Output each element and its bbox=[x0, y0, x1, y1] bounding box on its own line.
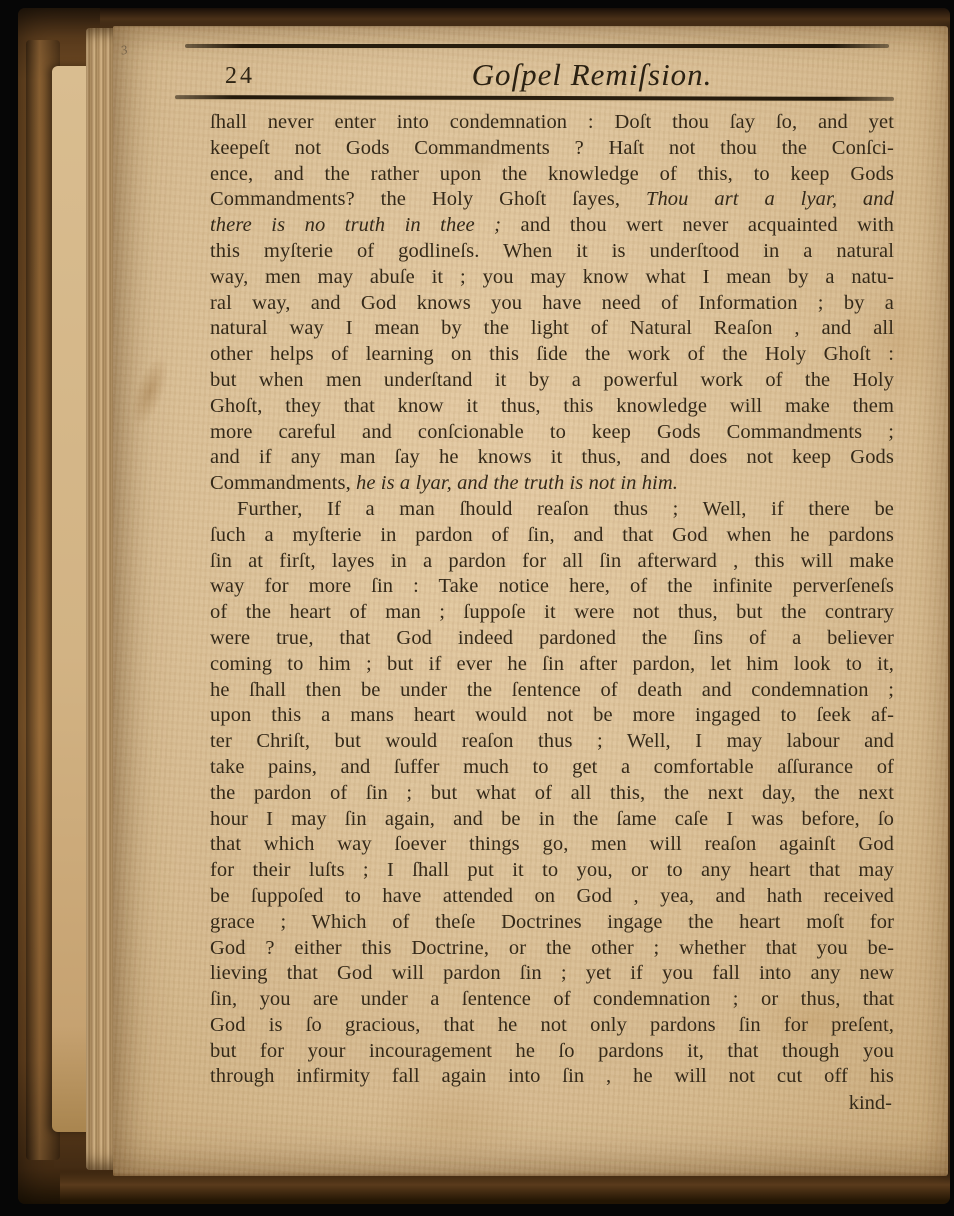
handwritten-mark: 3 bbox=[119, 41, 131, 58]
text-line: ſuch a myſterie in pardon of ſin, and th… bbox=[210, 523, 894, 549]
text-line: lieving that God will pardon ſin ; yet i… bbox=[210, 961, 894, 987]
text-line: but for your incouragement he ſo pardons… bbox=[210, 1039, 894, 1065]
text-line: hour I may ſin again, and be in the ſame… bbox=[210, 807, 894, 833]
text-line: be ſuppoſed to have attended on God , ye… bbox=[210, 884, 894, 910]
text-line: that which way ſoever things go, men wil… bbox=[210, 832, 894, 858]
text-line: Commandments? the Holy Ghoſt ſayes, Thou… bbox=[210, 187, 894, 213]
text-line: ter Chriſt, but would reaſon thus ; Well… bbox=[210, 729, 894, 755]
catchword: kind- bbox=[210, 1091, 894, 1117]
text-line: God is ſo gracious, that he not only par… bbox=[210, 1013, 894, 1039]
text-line: ſhall never enter into condemnation : Do… bbox=[210, 110, 894, 136]
scanned-book-photo: 3 24 Goſpel Remiſsion. ſhall never enter… bbox=[0, 0, 954, 1216]
cover-top-edge bbox=[100, 8, 950, 28]
running-title: Goſpel Remiſsion. bbox=[472, 57, 713, 93]
page-body-text: ſhall never enter into condemnation : Do… bbox=[210, 110, 894, 1090]
paper-stain bbox=[122, 348, 178, 433]
text-line: ſin at firſt, layes in a pardon for all … bbox=[210, 549, 894, 575]
text-line: natural way I mean by the light of Natur… bbox=[210, 316, 894, 342]
text-line: way for more ſin : Take notice here, of … bbox=[210, 574, 894, 600]
text-line: keepeſt not Gods Commandments ? Haſt not… bbox=[210, 136, 894, 162]
text-line: ence, and the rather upon the knowledge … bbox=[210, 162, 894, 188]
text-line: Commandments, he is a lyar, and the trut… bbox=[210, 471, 894, 497]
page-number: 24 bbox=[225, 63, 255, 90]
page-header: 24 Goſpel Remiſsion. bbox=[210, 48, 894, 95]
text-line: of the heart of man ; ſuppoſe it were no… bbox=[210, 600, 894, 626]
text-line: and if any man ſay he knows it thus, and… bbox=[210, 445, 894, 471]
text-line: Ghoſt, they that know it thus, this know… bbox=[210, 394, 894, 420]
text-line: but when men underſtand it by a powerful… bbox=[210, 368, 894, 394]
text-line: upon this a mans heart would not be more… bbox=[210, 703, 894, 729]
text-line: grace ; Which of theſe Doctrines ingage … bbox=[210, 910, 894, 936]
text-line: way, men may abuſe it ; you may know wha… bbox=[210, 265, 894, 291]
page-edges bbox=[86, 28, 116, 1170]
text-line: for their luſts ; I ſhall put it to you,… bbox=[210, 858, 894, 884]
text-line: through infirmity fall again into ſin , … bbox=[210, 1064, 894, 1090]
cover-bottom-edge bbox=[60, 1172, 950, 1204]
text-line: more careful and conſcionable to keep Go… bbox=[210, 420, 894, 446]
text-line: ſin, you are under a ſentence of condemn… bbox=[210, 987, 894, 1013]
text-line: were true, that God indeed pardoned the … bbox=[210, 626, 894, 652]
text-line: take pains, and ſuffer much to get a com… bbox=[210, 755, 894, 781]
text-line: there is no truth in thee ; and thou wer… bbox=[210, 213, 894, 239]
text-line: the pardon of ſin ; but what of all this… bbox=[210, 781, 894, 807]
header-rule-bottom bbox=[175, 95, 894, 101]
text-line: Further, If a man ſhould reaſon thus ; W… bbox=[210, 497, 894, 523]
text-line: he ſhall then be under the ſentence of d… bbox=[210, 678, 894, 704]
text-line: ral way, and God knows you have need of … bbox=[210, 291, 894, 317]
text-line: other helps of learning on this ſide the… bbox=[210, 342, 894, 368]
text-line: God ? either this Doctrine, or the other… bbox=[210, 936, 894, 962]
book-page: 3 24 Goſpel Remiſsion. ſhall never enter… bbox=[113, 26, 948, 1176]
text-line: coming to him ; but if ever he ſin after… bbox=[210, 652, 894, 678]
text-line: this myſterie of godlineſs. When it is u… bbox=[210, 239, 894, 265]
printed-text-block: 24 Goſpel Remiſsion. ſhall never enter i… bbox=[210, 44, 894, 1117]
